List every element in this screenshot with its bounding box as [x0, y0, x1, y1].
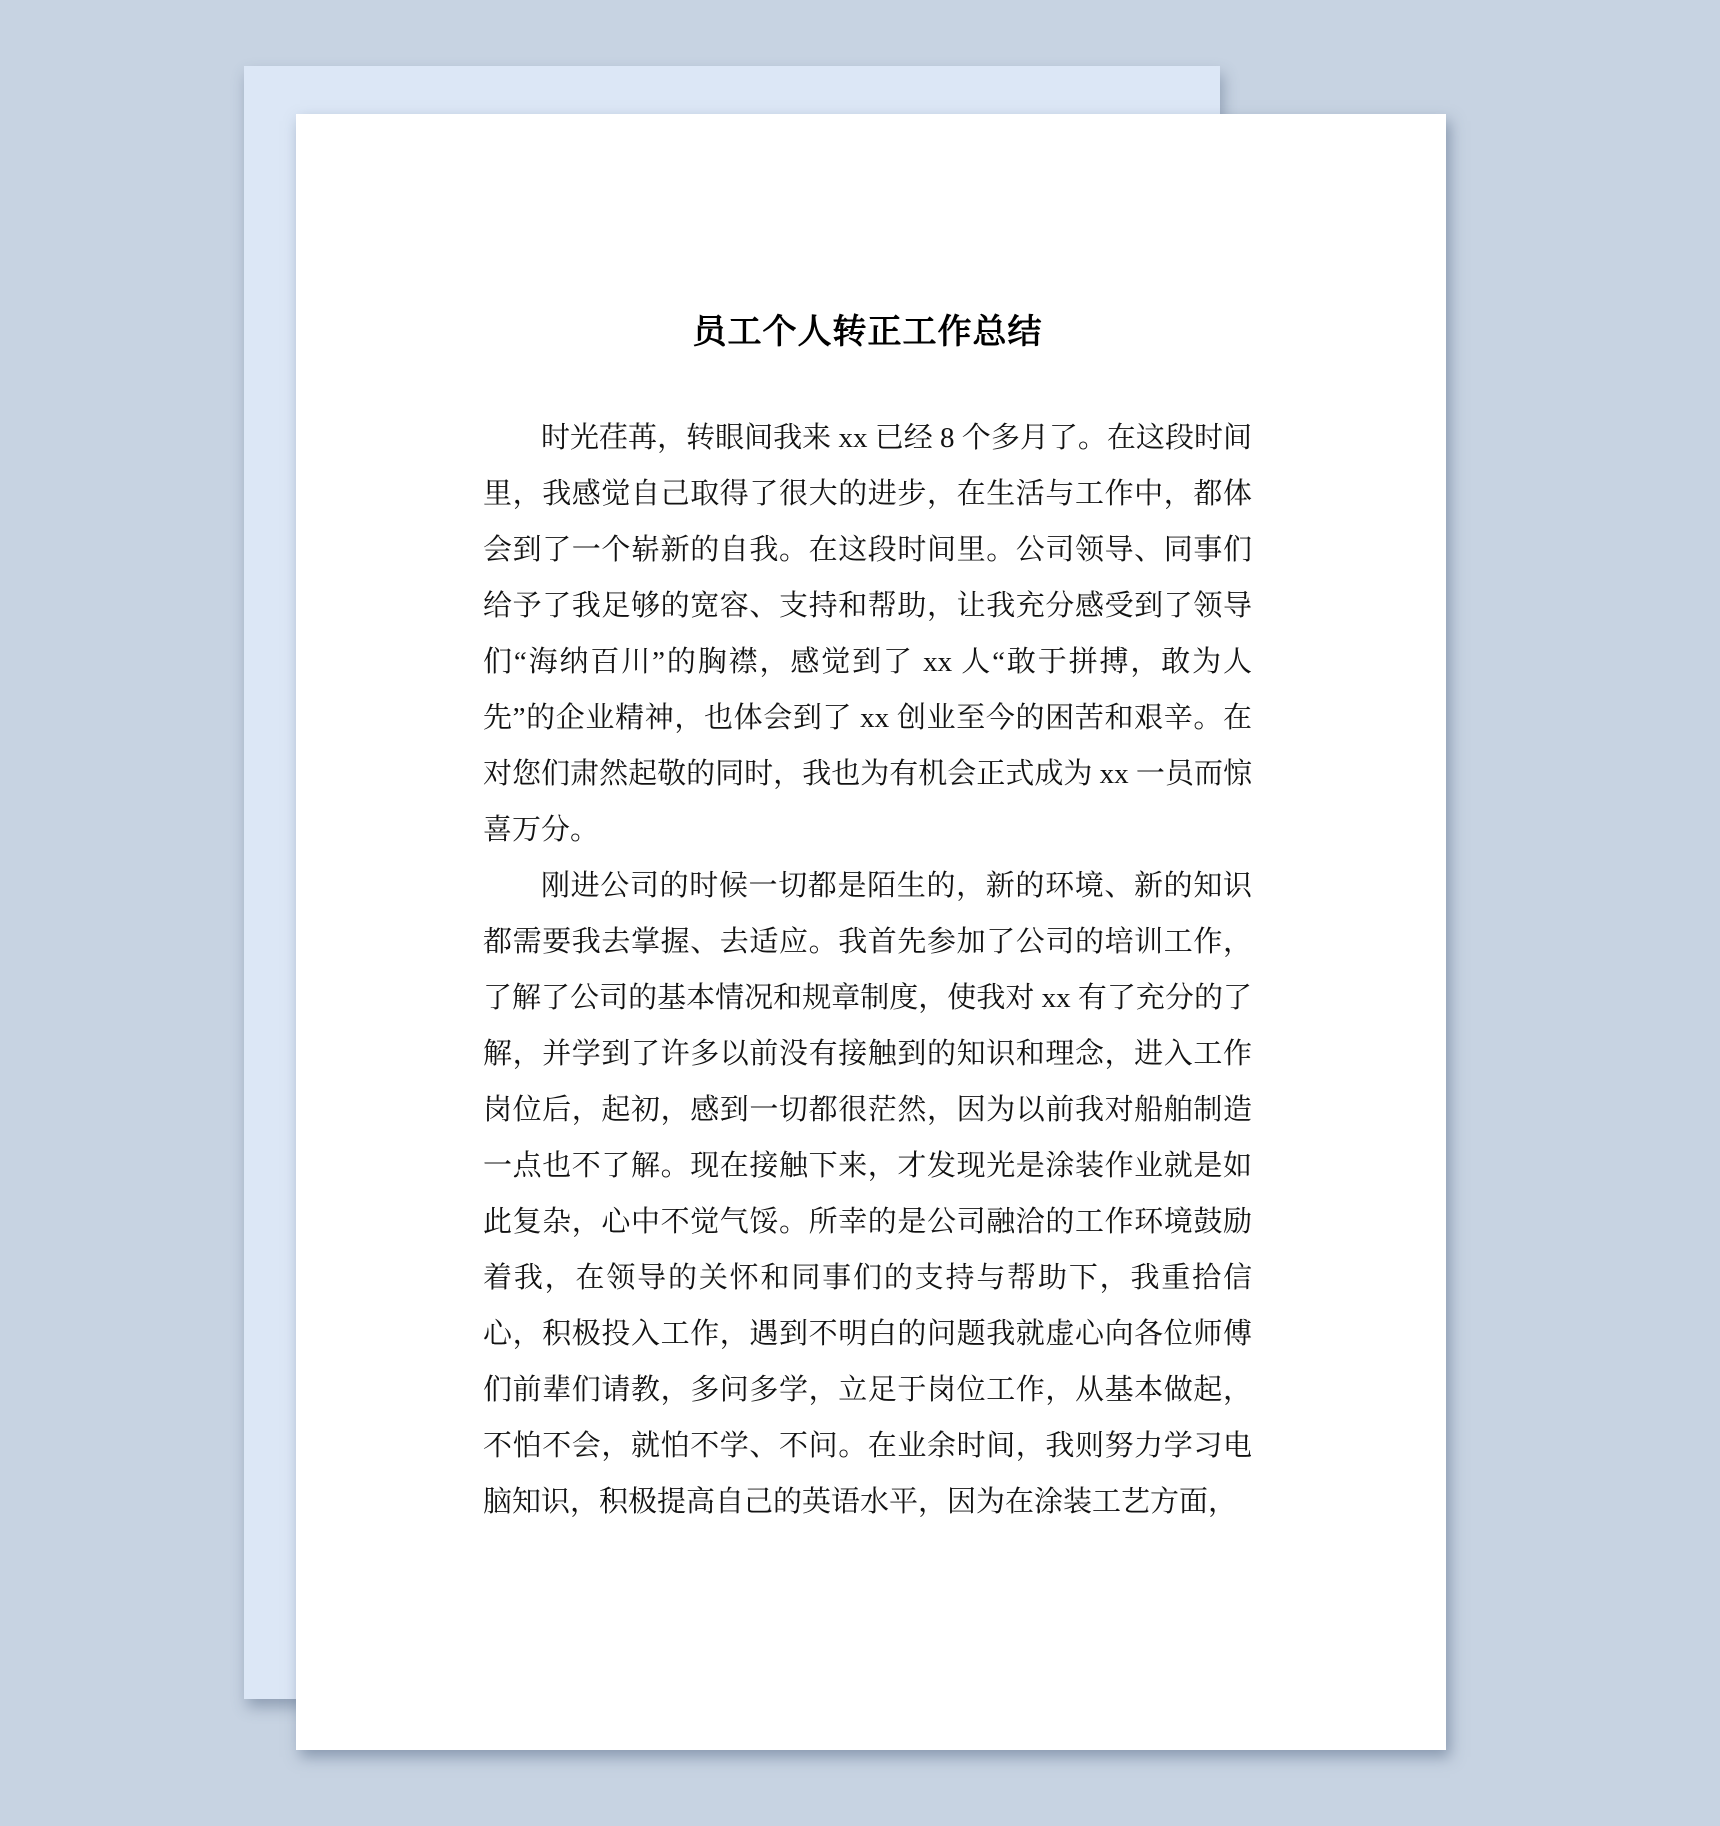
paragraph: 时光荏苒，转眼间我来 xx 已经 8 个多月了。在这段时间里，我感觉自己取得了很…	[483, 410, 1252, 858]
paragraph: 刚进公司的时候一切都是陌生的，新的环境、新的知识都需要我去掌握、去适应。我首先参…	[483, 858, 1252, 1530]
page-background: 员工个人转正工作总结 时光荏苒，转眼间我来 xx 已经 8 个多月了。在这段时间…	[0, 0, 1720, 1826]
document-body: 时光荏苒，转眼间我来 xx 已经 8 个多月了。在这段时间里，我感觉自己取得了很…	[483, 410, 1252, 1530]
document-title: 员工个人转正工作总结	[483, 310, 1252, 354]
document-page: 员工个人转正工作总结 时光荏苒，转眼间我来 xx 已经 8 个多月了。在这段时间…	[296, 114, 1446, 1750]
